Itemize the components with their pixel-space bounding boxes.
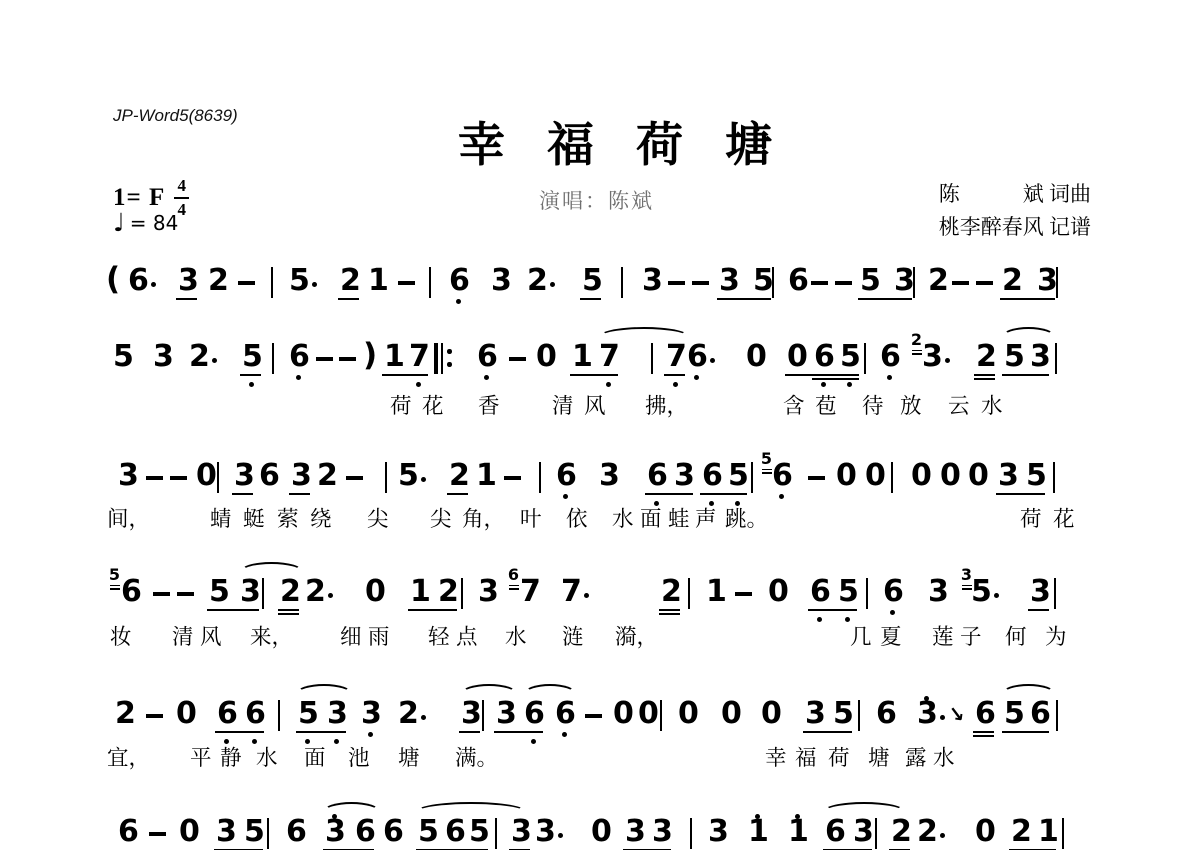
note-digit: 1 <box>410 577 431 607</box>
note-digit: 1 <box>748 817 769 847</box>
barline <box>272 343 274 374</box>
beam-underline <box>289 493 310 495</box>
octave-dot-below <box>887 375 892 380</box>
note-digit: 3 <box>928 577 949 607</box>
lyric-word: 声 <box>695 502 717 533</box>
note-digit: 6 <box>383 817 404 847</box>
octave-dot-below <box>368 732 373 737</box>
barline <box>217 462 219 493</box>
duration-dash <box>692 281 709 285</box>
note-digit: 0 <box>975 817 996 847</box>
beam-underline <box>974 378 995 380</box>
note-digit: 0 <box>536 342 557 372</box>
lyric-word: 花 <box>422 389 444 420</box>
note-digit: 6 <box>245 699 266 729</box>
note-digit: 5 <box>242 342 263 372</box>
beam-underline <box>700 493 747 495</box>
beam-underline <box>659 609 680 611</box>
repeat-thin-line <box>441 343 443 374</box>
lyric-word: 风 <box>200 620 222 651</box>
beam-underline <box>858 298 912 300</box>
quarter-note-icon: ♩ <box>113 210 125 235</box>
barline <box>621 267 623 298</box>
octave-dot-below <box>817 617 822 622</box>
augmentation-dot <box>421 715 426 720</box>
note-digit: 6 <box>702 461 723 491</box>
note-digit: 3 <box>461 699 482 729</box>
lyric-word: 水 <box>256 741 278 772</box>
note-digit: 2 <box>928 266 949 296</box>
beam-underline <box>207 609 259 611</box>
note-digit: 3 <box>1037 266 1058 296</box>
augmentation-dot <box>558 833 563 838</box>
beam-underline <box>803 731 852 733</box>
note-digit: 6 <box>555 699 576 729</box>
note-digit: 1 <box>788 817 809 847</box>
lyric-word: 依 <box>566 502 588 533</box>
barline <box>751 462 753 493</box>
duration-dash <box>149 832 166 836</box>
note-digit: 5 <box>298 699 319 729</box>
note-digit: 5 <box>860 266 881 296</box>
octave-dot-below <box>847 382 852 387</box>
beam-underline <box>1002 374 1049 376</box>
augmentation-dot <box>940 833 945 838</box>
lyric-word: 尖 <box>430 502 452 533</box>
note-digit: 2 <box>189 342 210 372</box>
note-digit: 5 <box>1026 461 1047 491</box>
note-digit: 1 <box>706 577 727 607</box>
note-digit: 5 <box>838 577 859 607</box>
duration-dash <box>668 281 685 285</box>
augmentation-dot <box>151 282 156 287</box>
beam-underline <box>659 613 680 615</box>
note-digit: 6 <box>286 817 307 847</box>
note-digit: 0 <box>968 461 989 491</box>
augmentation-dot <box>212 358 217 363</box>
note-digit: 0 <box>678 699 699 729</box>
beam-underline <box>808 609 857 611</box>
composer-credits: 陈 斌 词曲 桃李醉春风 记谱 <box>939 178 1091 244</box>
time-signature-numerator: 4 <box>178 176 187 196</box>
note-digit: 1 <box>368 266 389 296</box>
note-digit: 5 <box>418 817 439 847</box>
note-digit: 3 <box>234 461 255 491</box>
augmentation-dot <box>945 358 950 363</box>
note-digit: 6 <box>217 699 238 729</box>
grace-digit: 2 <box>911 332 922 348</box>
lyric-word: 莲 <box>932 620 954 651</box>
barline <box>866 578 868 609</box>
note-digit: 3 <box>153 342 174 372</box>
note-digit: 5 <box>244 817 265 847</box>
lyric-word: 水 <box>505 620 527 651</box>
grace-underline <box>762 469 772 471</box>
note-digit: 6 <box>524 699 545 729</box>
beam-underline <box>1028 609 1049 611</box>
beam-underline <box>447 493 468 495</box>
barline <box>688 578 690 609</box>
grace-underline <box>762 472 772 474</box>
beam-underline <box>382 374 428 376</box>
slur-arc <box>599 327 689 346</box>
note-digit: 2 <box>891 817 912 847</box>
note-digit: 6 <box>880 342 901 372</box>
note-digit: 3 <box>361 699 382 729</box>
lyric-word: 放 <box>900 389 922 420</box>
lyric-word: 几 <box>850 620 872 651</box>
duration-dash <box>585 714 602 718</box>
lyric-word: 荷 <box>1020 502 1042 533</box>
duration-dash <box>735 592 752 596</box>
note-digit: 2 <box>305 577 326 607</box>
lyric-word: 角， <box>462 502 505 533</box>
lyric-word: 幸 <box>765 741 787 772</box>
note-digit: 7 <box>561 577 582 607</box>
note-digit: 5 <box>469 817 490 847</box>
sheet-music-page: JP-Word5(8639) 幸福荷塘 演唱：陈斌 1= F 4 4 ♩ = 8… <box>0 0 1200 850</box>
slur-arc <box>323 802 380 821</box>
duration-dash <box>509 357 526 361</box>
lyric-word: 拂， <box>645 389 688 420</box>
lyric-word: 水 <box>981 389 1003 420</box>
lyric-word: 蜻 <box>210 502 232 533</box>
time-signature-denominator: 4 <box>178 200 187 220</box>
barline <box>278 700 280 731</box>
octave-dot-below <box>531 739 536 744</box>
repeat-thick-line <box>434 343 438 374</box>
note-digit: 2 <box>317 461 338 491</box>
note-digit: 2 <box>1011 817 1032 847</box>
note-digit: 6 <box>810 577 831 607</box>
lyric-word: 福 <box>795 741 817 772</box>
lyric-word: 绕 <box>310 502 332 533</box>
note-digit: 0 <box>179 817 200 847</box>
slur-arc <box>524 684 576 703</box>
note-digit: 2 <box>340 266 361 296</box>
note-digit: 0 <box>365 577 386 607</box>
note-digit: 0 <box>613 699 634 729</box>
grace-underline <box>509 588 519 590</box>
duration-dash <box>398 281 415 285</box>
note-digit: 3 <box>922 342 943 372</box>
lyric-word: 蜓 <box>243 502 265 533</box>
note-digit: 7 <box>409 342 430 372</box>
tempo-marking: ♩ = 84 <box>113 210 178 235</box>
note-digit: 3 <box>805 699 826 729</box>
lyric-word: 尖 <box>367 502 389 533</box>
note-digit: 6 <box>355 817 376 847</box>
note-digit: 6 <box>1030 699 1051 729</box>
note-digit: 3 <box>535 817 556 847</box>
note-digit: 6 <box>687 342 708 372</box>
lyric-word: 涟 <box>562 620 584 651</box>
lyric-word: 待 <box>862 389 884 420</box>
note-digit: 3 <box>599 461 620 491</box>
beam-underline <box>278 609 299 611</box>
barline <box>858 700 860 731</box>
beam-underline <box>408 609 457 611</box>
lyric-word: 含 <box>783 389 805 420</box>
augmentation-dot <box>994 593 999 598</box>
slur-arc <box>1002 327 1055 346</box>
note-digit: 2 <box>449 461 470 491</box>
barline <box>864 343 866 374</box>
note-digit: 1 <box>476 461 497 491</box>
note-digit: 5 <box>1004 699 1025 729</box>
song-title: 幸福荷塘 <box>458 108 814 175</box>
lyric-word: 露 <box>905 741 927 772</box>
grace-underline <box>110 588 120 590</box>
octave-dot-below <box>890 610 895 615</box>
duration-dash <box>952 281 969 285</box>
barline <box>651 343 653 374</box>
lyric-word: 荷 <box>390 389 412 420</box>
note-digit: 0 <box>911 461 932 491</box>
note-digit: 3 <box>327 699 348 729</box>
note-digit: 2 <box>1002 266 1023 296</box>
note-digit: 3 <box>894 266 915 296</box>
note-digit: 1 <box>572 342 593 372</box>
lyric-word: 夏 <box>880 620 902 651</box>
lyric-word: 跳。 <box>725 502 768 533</box>
note-digit: 3 <box>491 266 512 296</box>
note-digit: 0 <box>940 461 961 491</box>
barline <box>385 462 387 493</box>
duration-dash <box>238 281 255 285</box>
note-digit: 5 <box>209 577 230 607</box>
note-digit: 2 <box>438 577 459 607</box>
slide-down-icon: ↘ <box>946 701 966 727</box>
note-digit: 3 <box>853 817 874 847</box>
note-digit: 7 <box>520 577 541 607</box>
note-digit: 6 <box>477 342 498 372</box>
note-digit: 3 <box>642 266 663 296</box>
duration-dash <box>316 357 333 361</box>
barline <box>660 700 662 731</box>
barline <box>913 267 915 298</box>
lyricist-composer-line: 陈 斌 词曲 <box>939 178 1091 211</box>
octave-dot-below <box>673 382 678 387</box>
note-digit: 2 <box>527 266 548 296</box>
beam-underline <box>645 493 693 495</box>
note-digit: 1 <box>384 342 405 372</box>
grace-note: 6 <box>507 567 520 590</box>
lyric-word: 池 <box>348 741 370 772</box>
lyric-word: 妆 <box>110 620 132 651</box>
grace-digit: 5 <box>109 567 120 583</box>
note-digit: 6 <box>259 461 280 491</box>
duration-dash <box>346 476 363 480</box>
augmentation-dot <box>550 282 555 287</box>
octave-dot-below <box>606 382 611 387</box>
slur-arc <box>461 684 517 703</box>
beam-underline <box>785 374 859 376</box>
augmentation-dot <box>312 282 317 287</box>
barline <box>772 267 774 298</box>
note-digit: 5 <box>753 266 774 296</box>
beam-underline <box>664 374 685 376</box>
augmentation-dot <box>421 477 426 482</box>
augmentation-dot <box>328 593 333 598</box>
beam-underline <box>459 731 480 733</box>
note-digit: 3 <box>998 461 1019 491</box>
note-digit: 6 <box>445 817 466 847</box>
note-digit: 0 <box>591 817 612 847</box>
beam-underline <box>973 731 994 733</box>
octave-dot-below <box>249 382 254 387</box>
note-digit: 0 <box>787 342 808 372</box>
note-digit: 6 <box>118 817 139 847</box>
note-digit: 3 <box>178 266 199 296</box>
lyric-word: 何 <box>1005 620 1027 651</box>
note-digit: 2 <box>398 699 419 729</box>
note-digit: 3 <box>325 817 346 847</box>
barline <box>690 818 692 849</box>
beam-underline <box>570 374 618 376</box>
beam-underline <box>240 374 261 376</box>
augmentation-dot <box>710 358 715 363</box>
note-digit: 3 <box>1030 577 1051 607</box>
augmentation-dot <box>584 593 589 598</box>
lyric-word: 雨 <box>368 620 390 651</box>
slur-arc <box>416 802 526 821</box>
lyric-word: 轻 <box>428 620 450 651</box>
note-digit: 6 <box>289 342 310 372</box>
note-digit: 5 <box>971 577 992 607</box>
note-digit: 5 <box>582 266 603 296</box>
note-digit: 2 <box>208 266 229 296</box>
duration-dash <box>146 714 163 718</box>
grace-underline <box>509 585 519 587</box>
note-digit: 0 <box>761 699 782 729</box>
note-digit: 2 <box>115 699 136 729</box>
note-digit: 0 <box>746 342 767 372</box>
lyric-word: 细 <box>340 620 362 651</box>
lyric-word: 清 <box>552 389 574 420</box>
grace-note: 5 <box>108 567 121 590</box>
octave-dot-below <box>563 494 568 499</box>
note-digit: 3 <box>1030 342 1051 372</box>
duration-dash <box>811 281 828 285</box>
beam-underline <box>176 298 197 300</box>
duration-dash <box>504 476 521 480</box>
note-digit: 3 <box>652 817 673 847</box>
lyric-word: 静 <box>220 741 242 772</box>
slur-arc <box>823 802 905 821</box>
note-digit: 3 <box>216 817 237 847</box>
repeat-start-sign <box>434 343 458 374</box>
lyric-word: 平 <box>190 741 212 772</box>
lyric-word: 来， <box>250 620 293 651</box>
lyric-word: 香 <box>478 389 500 420</box>
duration-dash <box>976 281 993 285</box>
lyric-word: 荷 <box>828 741 850 772</box>
barline <box>262 578 264 609</box>
lyric-word: 塘 <box>398 741 420 772</box>
beam-underline <box>1002 731 1049 733</box>
note-digit: 3 <box>496 699 517 729</box>
duration-dash <box>808 476 825 480</box>
octave-dot-below <box>694 375 699 380</box>
transcriber-line: 桃李醉春风 记谱 <box>939 211 1091 244</box>
beam-underline <box>296 731 346 733</box>
intro-parenthesis: ) <box>363 340 377 371</box>
note-digit: 3 <box>478 577 499 607</box>
note-digit: 0 <box>176 699 197 729</box>
lyric-word: 子 <box>960 620 982 651</box>
barline <box>267 818 269 849</box>
note-digit: 5 <box>728 461 749 491</box>
barline <box>891 462 893 493</box>
barline <box>1056 267 1058 298</box>
lyric-word: 漪， <box>615 620 658 651</box>
repeat-dot <box>447 349 452 354</box>
octave-dot-below <box>416 382 421 387</box>
note-digit: 3 <box>240 577 261 607</box>
repeat-dot <box>447 362 452 367</box>
octave-dot-below <box>456 299 461 304</box>
note-digit: 3 <box>719 266 740 296</box>
beam-underline <box>973 735 994 737</box>
grace-underline <box>912 350 922 352</box>
note-digit: 5 <box>113 342 134 372</box>
note-digit: 5 <box>1004 342 1025 372</box>
barline <box>1053 462 1055 493</box>
grace-digit: 6 <box>508 567 519 583</box>
lyric-word: 云 <box>948 389 970 420</box>
barline <box>495 818 497 849</box>
lyric-word: 宜， <box>107 741 150 772</box>
note-digit: 0 <box>836 461 857 491</box>
lyric-word: 间， <box>107 502 150 533</box>
duration-dash <box>339 357 356 361</box>
note-digit: 0 <box>768 577 789 607</box>
note-digit: 5 <box>398 461 419 491</box>
beam-underline <box>717 298 771 300</box>
note-digit: 1 <box>1038 817 1059 847</box>
note-digit: 6 <box>556 461 577 491</box>
barline <box>875 818 877 849</box>
slur-arc <box>1002 684 1055 703</box>
grace-underline <box>110 585 120 587</box>
note-digit: 5 <box>833 699 854 729</box>
grace-underline <box>962 588 972 590</box>
augmentation-dot <box>940 715 945 720</box>
lyric-word: 为 <box>1045 620 1067 651</box>
barline <box>1054 578 1056 609</box>
note-digit: 3 <box>511 817 532 847</box>
lyric-word: 叶 <box>520 502 542 533</box>
note-digit: 2 <box>917 817 938 847</box>
note-digit: 5 <box>840 342 861 372</box>
note-digit: 7 <box>599 342 620 372</box>
duration-dash <box>146 476 163 480</box>
lyric-word: 面 <box>640 502 662 533</box>
note-digit: 3 <box>917 699 938 729</box>
note-digit: 6 <box>128 266 149 296</box>
note-digit: 3 <box>674 461 695 491</box>
note-digit: 0 <box>638 699 659 729</box>
beam-underline <box>974 374 995 376</box>
duration-dash <box>835 281 852 285</box>
octave-dot-below <box>821 382 826 387</box>
note-digit: 6 <box>121 577 142 607</box>
lyric-word: 水 <box>933 741 955 772</box>
note-digit: 3 <box>625 817 646 847</box>
barline <box>461 578 463 609</box>
note-digit: 2 <box>661 577 682 607</box>
